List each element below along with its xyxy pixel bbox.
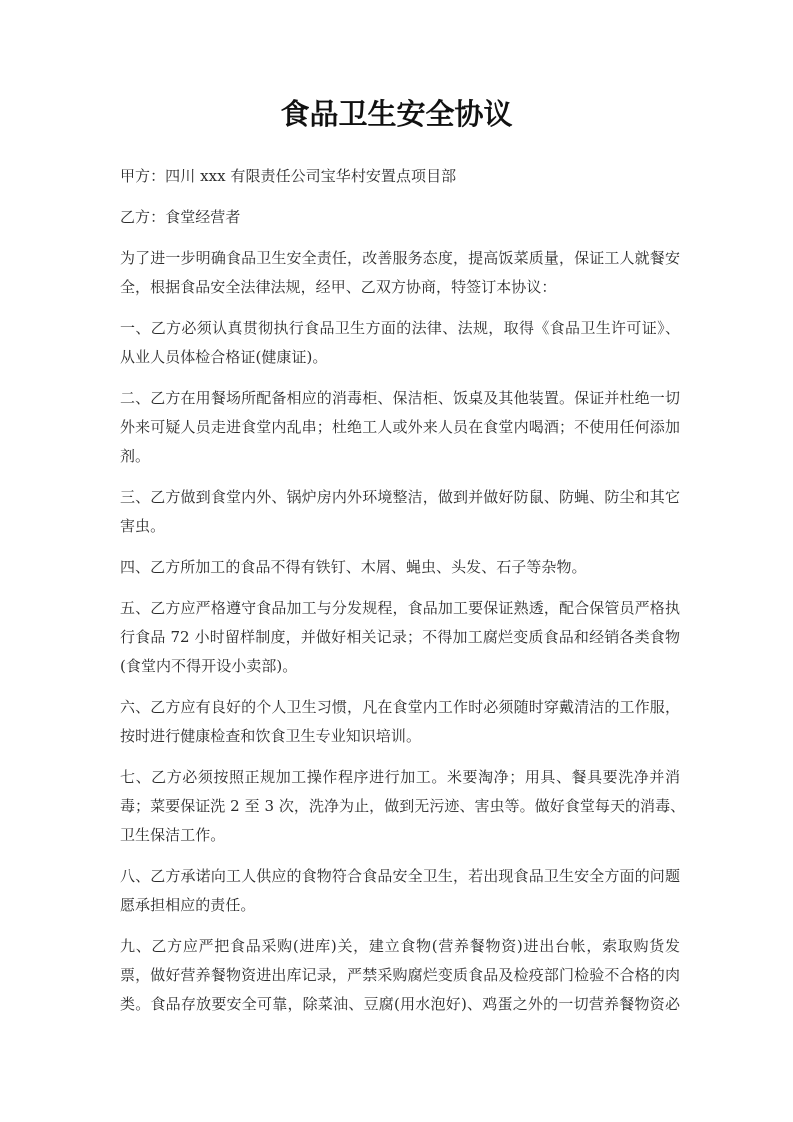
- clause-9-paragraph: 九、乙方应严把食品采购(进库)关，建立食物(营养餐物资)进出台帐，索取购货发 票…: [120, 932, 680, 1019]
- paragraph-line: 剂。: [120, 442, 680, 471]
- clause-2-paragraph: 二、乙方在用餐场所配备相应的消毒柜、保洁柜、饭桌及其他装置。保证并杜绝一切 外来…: [120, 384, 680, 471]
- paragraph-line: 毒；菜要保证洗 2 至 3 次，洗净为止，做到无污迹、害虫等。做好食堂每天的消毒…: [120, 792, 680, 821]
- paragraph-line: 五、乙方应严格遵守食品加工与分发规程，食品加工要保证熟透，配合保管员严格执: [120, 594, 680, 623]
- paragraph-line: 类。食品存放要安全可靠，除菜油、豆腐(用水泡好)、鸡蛋之外的一切营养餐物资必: [120, 990, 680, 1019]
- paragraph-line: 二、乙方在用餐场所配备相应的消毒柜、保洁柜、饭桌及其他装置。保证并杜绝一切: [120, 384, 680, 413]
- party-b-text: 乙方：食堂经营者: [120, 203, 680, 232]
- clause-5-paragraph: 五、乙方应严格遵守食品加工与分发规程，食品加工要保证熟透，配合保管员严格执 行食…: [120, 594, 680, 681]
- clause-3-paragraph: 三、乙方做到食堂内外、锅炉房内外环境整洁，做到并做好防鼠、防蝇、防尘和其它 害虫…: [120, 483, 680, 541]
- intro-paragraph: 为了进一步明确食品卫生安全责任，改善服务态度，提高饭菜质量，保证工人就餐安 全，…: [120, 244, 680, 302]
- paragraph-line: 行食品 72 小时留样制度，并做好相关记录；不得加工腐烂变质食品和经销各类食物: [120, 623, 680, 652]
- party-a-line: 甲方：四川 xxx 有限责任公司宝华村安置点项目部: [120, 162, 680, 191]
- paragraph-line: 外来可疑人员走进食堂内乱串；杜绝工人或外来人员在食堂内喝酒；不使用任何添加: [120, 413, 680, 442]
- paragraph-line: 六、乙方应有良好的个人卫生习惯，凡在食堂内工作时必须随时穿戴清洁的工作服，: [120, 693, 680, 722]
- paragraph-line: 九、乙方应严把食品采购(进库)关，建立食物(营养餐物资)进出台帐，索取购货发: [120, 932, 680, 961]
- paragraph-line: (食堂内不得开设小卖部)。: [120, 652, 680, 681]
- paragraph-line: 按时进行健康检查和饮食卫生专业知识培训。: [120, 722, 680, 751]
- paragraph-line: 票，做好营养餐物资进出库记录，严禁采购腐烂变质食品及检疫部门检验不合格的肉: [120, 961, 680, 990]
- document-page: 食品卫生安全协议 甲方：四川 xxx 有限责任公司宝华村安置点项目部 乙方：食堂…: [0, 0, 793, 1122]
- clause-6-paragraph: 六、乙方应有良好的个人卫生习惯，凡在食堂内工作时必须随时穿戴清洁的工作服， 按时…: [120, 693, 680, 751]
- paragraph-line: 卫生保洁工作。: [120, 821, 680, 850]
- party-a-text: 甲方：四川 xxx 有限责任公司宝华村安置点项目部: [120, 162, 680, 191]
- party-b-line: 乙方：食堂经营者: [120, 203, 680, 232]
- paragraph-line: 八、乙方承诺向工人供应的食物符合食品安全卫生，若出现食品卫生安全方面的问题: [120, 862, 680, 891]
- paragraph-line: 三、乙方做到食堂内外、锅炉房内外环境整洁，做到并做好防鼠、防蝇、防尘和其它: [120, 483, 680, 512]
- clause-7-paragraph: 七、乙方必须按照正规加工操作程序进行加工。米要淘净；用具、餐具要洗净并消 毒；菜…: [120, 763, 680, 850]
- paragraph-line: 全，根据食品安全法律法规，经甲、乙双方协商，特签订本协议：: [120, 273, 680, 302]
- paragraph-line: 从业人员体检合格证(健康证)。: [120, 343, 680, 372]
- document-title: 食品卫生安全协议: [0, 96, 793, 132]
- paragraph-line: 四、乙方所加工的食品不得有铁钉、木屑、蝇虫、头发、石子等杂物。: [120, 553, 680, 582]
- clause-8-paragraph: 八、乙方承诺向工人供应的食物符合食品安全卫生，若出现食品卫生安全方面的问题 愿承…: [120, 862, 680, 920]
- paragraph-line: 一、乙方必须认真贯彻执行食品卫生方面的法律、法规，取得《食品卫生许可证》、: [120, 314, 680, 343]
- paragraph-line: 为了进一步明确食品卫生安全责任，改善服务态度，提高饭菜质量，保证工人就餐安: [120, 244, 680, 273]
- document-body: 甲方：四川 xxx 有限责任公司宝华村安置点项目部 乙方：食堂经营者 为了进一步…: [120, 162, 680, 1031]
- clause-4-paragraph: 四、乙方所加工的食品不得有铁钉、木屑、蝇虫、头发、石子等杂物。: [120, 553, 680, 582]
- clause-1-paragraph: 一、乙方必须认真贯彻执行食品卫生方面的法律、法规，取得《食品卫生许可证》、 从业…: [120, 314, 680, 372]
- paragraph-line: 愿承担相应的责任。: [120, 891, 680, 920]
- paragraph-line: 七、乙方必须按照正规加工操作程序进行加工。米要淘净；用具、餐具要洗净并消: [120, 763, 680, 792]
- paragraph-line: 害虫。: [120, 512, 680, 541]
